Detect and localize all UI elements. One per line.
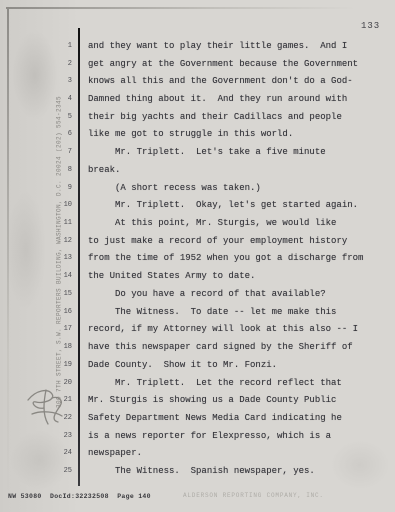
- line-number: 10: [0, 201, 72, 209]
- line-number: 9: [0, 184, 72, 192]
- transcript-line: 9 (A short recess was taken.): [0, 179, 395, 197]
- line-text: break.: [88, 165, 120, 175]
- line-number: 18: [0, 343, 72, 351]
- line-text: Mr. Triplett. Okay, let's get started ag…: [88, 200, 358, 210]
- line-text: get angry at the Government because the …: [88, 59, 358, 69]
- transcript-line: 25 The Witness. Spanish newspaper, yes.: [0, 462, 395, 480]
- line-number: 13: [0, 254, 72, 262]
- line-text: The Witness. To date -- let me make this: [88, 307, 336, 317]
- line-number: 19: [0, 361, 72, 369]
- line-number: 1: [0, 42, 72, 50]
- line-text: Mr. Triplett. Let the record reflect tha…: [88, 378, 342, 388]
- line-text: their big yachts and their Cadillacs and…: [88, 112, 342, 122]
- line-text: Mr. Triplett. Let's take a five minute: [88, 147, 326, 157]
- line-text: At this point, Mr. Sturgis, we would lik…: [88, 218, 336, 228]
- transcript-line: 12 to just make a record of your employm…: [0, 232, 395, 250]
- transcript-line: 24 newspaper.: [0, 445, 395, 463]
- line-number: 17: [0, 325, 72, 333]
- line-text: have this newspaper card signed by the S…: [88, 342, 353, 352]
- line-text: the United States Army to date.: [88, 271, 255, 281]
- line-text: is a news reporter for Elexpresso, which…: [88, 431, 331, 441]
- transcript-line: 11 At this point, Mr. Sturgis, we would …: [0, 214, 395, 232]
- line-text: from the time of 1952 when you got a dis…: [88, 253, 363, 263]
- line-number: 11: [0, 219, 72, 227]
- line-text: record, if my Attorney will look at this…: [88, 324, 358, 334]
- line-text: Safety Department News Media Card indica…: [88, 413, 342, 423]
- transcript-line: 8 break.: [0, 161, 395, 179]
- transcript-line: 19 Dade County. Show it to Mr. Fonzi.: [0, 356, 395, 374]
- transcript-line: 16 The Witness. To date -- let me make t…: [0, 303, 395, 321]
- transcript-line: 15 Do you have a record of that availabl…: [0, 285, 395, 303]
- line-text: and they want to play their little games…: [88, 41, 347, 51]
- transcript-line: 18 have this newspaper card signed by th…: [0, 338, 395, 356]
- line-number: 12: [0, 237, 72, 245]
- footer-reporting-company: ALDERSON REPORTING COMPANY, INC.: [183, 492, 324, 499]
- transcript-line: 7 Mr. Triplett. Let's take a five minute: [0, 143, 395, 161]
- transcript-line: 1 and they want to play their little gam…: [0, 37, 395, 55]
- transcript-line: 2 get angry at the Government because th…: [0, 55, 395, 73]
- line-number: 4: [0, 95, 72, 103]
- scanned-transcript-page: 133 300 7TH STREET, S.W. REPORTERS BUILD…: [0, 0, 395, 512]
- transcript-line: 3 knows all this and the Government don'…: [0, 72, 395, 90]
- line-number: 2: [0, 60, 72, 68]
- transcript-line: 6 like me got to struggle in this world.: [0, 126, 395, 144]
- line-text: Mr. Sturgis is showing us a Dade County …: [88, 395, 336, 405]
- line-text: Damned thing about it. And they run arou…: [88, 94, 347, 104]
- line-number: 24: [0, 449, 72, 457]
- line-number: 7: [0, 148, 72, 156]
- line-number: 6: [0, 130, 72, 138]
- transcript-line: 14 the United States Army to date.: [0, 267, 395, 285]
- line-number: 25: [0, 467, 72, 475]
- line-number: 14: [0, 272, 72, 280]
- transcript-line: 17 record, if my Attorney will look at t…: [0, 321, 395, 339]
- line-number: 23: [0, 432, 72, 440]
- line-number: 15: [0, 290, 72, 298]
- line-text: Do you have a record of that available?: [88, 289, 326, 299]
- transcript-line: 4 Damned thing about it. And they run ar…: [0, 90, 395, 108]
- handwritten-mark: [22, 380, 72, 432]
- line-text: knows all this and the Government don't …: [88, 76, 353, 86]
- transcript-line: 5 their big yachts and their Cadillacs a…: [0, 108, 395, 126]
- line-number: 16: [0, 308, 72, 316]
- line-number: 5: [0, 113, 72, 121]
- transcript-line: 13 from the time of 1952 when you got a …: [0, 250, 395, 268]
- line-number: 3: [0, 77, 72, 85]
- line-text: (A short recess was taken.): [88, 183, 261, 193]
- line-number: 8: [0, 166, 72, 174]
- line-text: Dade County. Show it to Mr. Fonzi.: [88, 360, 277, 370]
- line-text: The Witness. Spanish newspaper, yes.: [88, 466, 315, 476]
- line-text: like me got to struggle in this world.: [88, 129, 293, 139]
- line-text: to just make a record of your employment…: [88, 236, 347, 246]
- transcript-line: 10 Mr. Triplett. Okay, let's get started…: [0, 196, 395, 214]
- page-number: 133: [361, 21, 380, 31]
- footer-document-id: NW 53080 DocId:32232508 Page 140: [8, 493, 151, 500]
- line-text: newspaper.: [88, 448, 142, 458]
